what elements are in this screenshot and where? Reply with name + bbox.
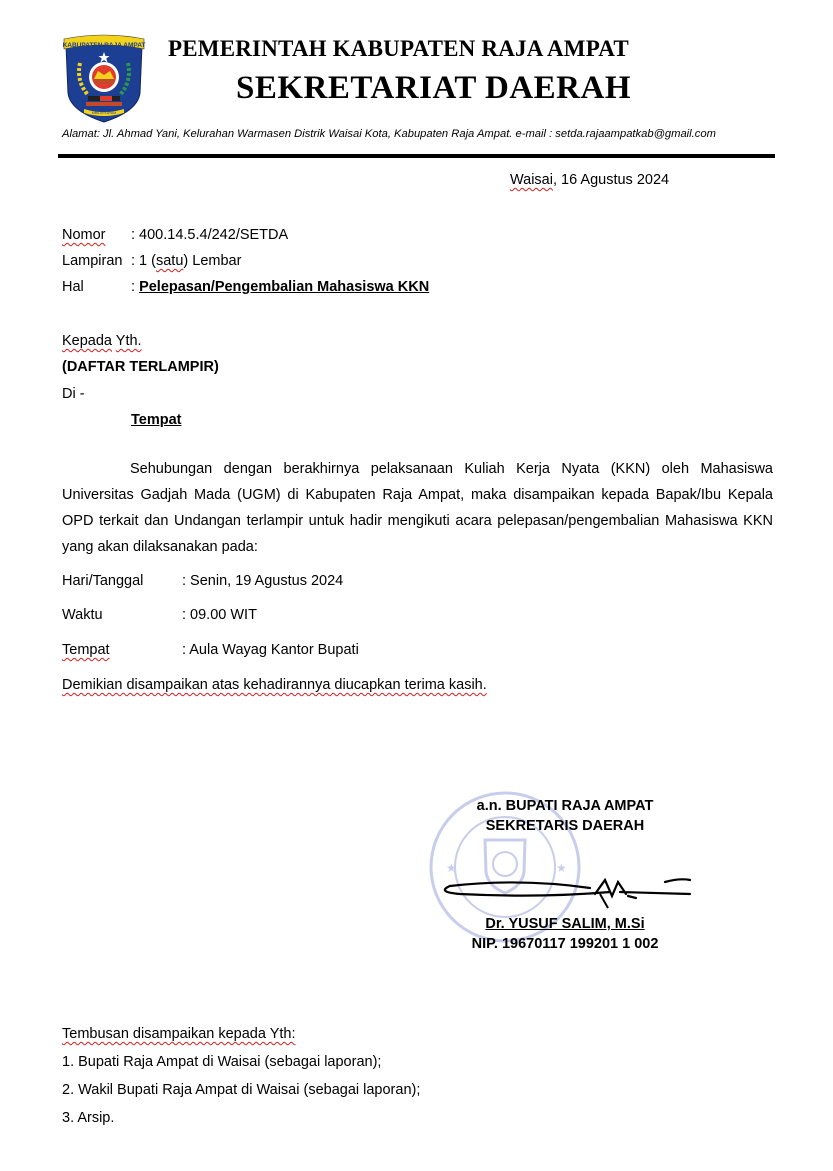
date-value: , 16 Agustus 2024 <box>553 172 669 188</box>
government-heading: PEMERINTAH KABUPATEN RAJA AMPAT <box>168 36 629 62</box>
meta-value: : 400.14.5.4/242/SETDA <box>131 227 288 243</box>
greeting-word: Kepada <box>62 333 112 349</box>
closing-text: Demikian disampaikan atas kehadirannya d… <box>62 677 487 693</box>
meta-lampiran: Lampiran: 1 (satu) Lembar <box>62 253 241 269</box>
address-line: Alamat: Jl. Ahmad Yani, Kelurahan Warmas… <box>62 128 716 140</box>
cc-title: Tembusan disampaikan kepada Yth: <box>62 1026 296 1042</box>
cc-item: 2. Wakil Bupati Raja Ampat di Waisai (se… <box>62 1082 420 1098</box>
signatory-identity: Dr. YUSUF SALIM, M.Si NIP. 19670117 1992… <box>420 914 710 954</box>
svg-text:MBILIN KAYAM: MBILIN KAYAM <box>92 111 116 115</box>
event-value: : Senin, 19 Agustus 2024 <box>182 573 343 589</box>
recipient-place: Tempat <box>131 412 182 428</box>
meta-nomor: Nomor: 400.14.5.4/242/SETDA <box>62 227 288 243</box>
cc-item: 3. Arsip. <box>62 1110 114 1126</box>
recipient-di: Di - <box>62 386 85 402</box>
signatory-line1: a.n. BUPATI RAJA AMPAT <box>420 796 710 816</box>
meta-colon: : <box>131 279 139 295</box>
event-row: Tempat: Aula Wayag Kantor Bupati <box>62 642 359 658</box>
signatory-name: Dr. YUSUF SALIM, M.Si <box>420 914 710 934</box>
greeting-word: Yth. <box>116 333 142 349</box>
event-value: : Aula Wayag Kantor Bupati <box>182 642 359 658</box>
meta-hal: Hal: Pelepasan/Pengembalian Mahasiswa KK… <box>62 279 429 295</box>
letter-date: Waisai, 16 Agustus 2024 <box>510 172 669 188</box>
svg-text:KABUPATEN RAJA AMPAT: KABUPATEN RAJA AMPAT <box>63 42 146 49</box>
kabupaten-emblem-icon: KABUPATEN RAJA AMPAT MBILIN KAYAM <box>60 33 148 123</box>
signatory-line2: SEKRETARIS DAERAH <box>420 816 710 836</box>
cc-item: 1. Bupati Raja Ampat di Waisai (sebagai … <box>62 1054 381 1070</box>
event-label: Hari/Tanggal <box>62 573 182 589</box>
subject-value: Pelepasan/Pengembalian Mahasiswa KKN <box>139 279 429 295</box>
signatory-nip: NIP. 19670117 199201 1 002 <box>420 934 710 954</box>
event-value: : 09.00 WIT <box>182 607 257 623</box>
office-heading: SEKRETARIAT DAERAH <box>236 70 631 107</box>
recipient-list: (DAFTAR TERLAMPIR) <box>62 359 219 375</box>
body-paragraph: Sehubungan dengan berakhirnya pelaksanaa… <box>62 456 773 560</box>
event-label: Waktu <box>62 607 182 623</box>
meta-value-part: : 1 ( <box>131 253 156 269</box>
greeting: Kepada Yth. <box>62 333 142 349</box>
date-place: Waisai <box>510 172 553 188</box>
event-label: Tempat <box>62 642 182 658</box>
meta-label: Lampiran <box>62 253 131 269</box>
signatory-title: a.n. BUPATI RAJA AMPAT SEKRETARIS DAERAH <box>420 796 710 836</box>
handwritten-signature-icon <box>440 868 695 918</box>
event-row: Hari/Tanggal: Senin, 19 Agustus 2024 <box>62 573 343 589</box>
meta-label: Hal <box>62 279 131 295</box>
meta-value-part: ) Lembar <box>183 253 241 269</box>
meta-value-part: satu <box>156 253 183 269</box>
meta-label: Nomor <box>62 227 131 243</box>
event-row: Waktu: 09.00 WIT <box>62 607 257 623</box>
letterhead-divider <box>58 154 775 158</box>
